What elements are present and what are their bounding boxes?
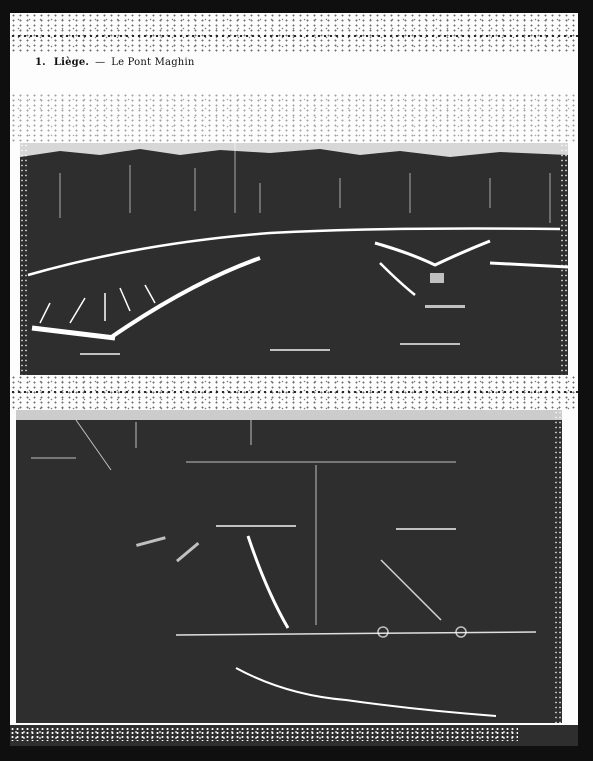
top-margin-noise (10, 13, 578, 53)
bridge-illustration (20, 143, 568, 375)
scanned-page: 1.Liège.—Le Pont Maghin (10, 13, 578, 746)
caption-city: Liège. (54, 57, 89, 68)
photo-aerial (16, 410, 562, 723)
caption-number: 1. (35, 57, 46, 68)
photo-caption: 1.Liège.—Le Pont Maghin (35, 57, 194, 68)
scan-noise (10, 727, 518, 741)
photo-bridge (20, 143, 568, 375)
caption-subject: Le Pont Maghin (111, 57, 194, 68)
dotted-rule (10, 391, 578, 393)
bottom-scan-strip (10, 725, 578, 746)
photo-edge-noise (20, 143, 28, 375)
caption-separator: — (95, 57, 105, 68)
mid-margin-noise (10, 93, 578, 143)
aerial-illustration (16, 410, 562, 723)
photo-edge-noise (554, 410, 562, 723)
photo-edge-noise (560, 143, 568, 375)
dotted-rule (10, 35, 578, 37)
